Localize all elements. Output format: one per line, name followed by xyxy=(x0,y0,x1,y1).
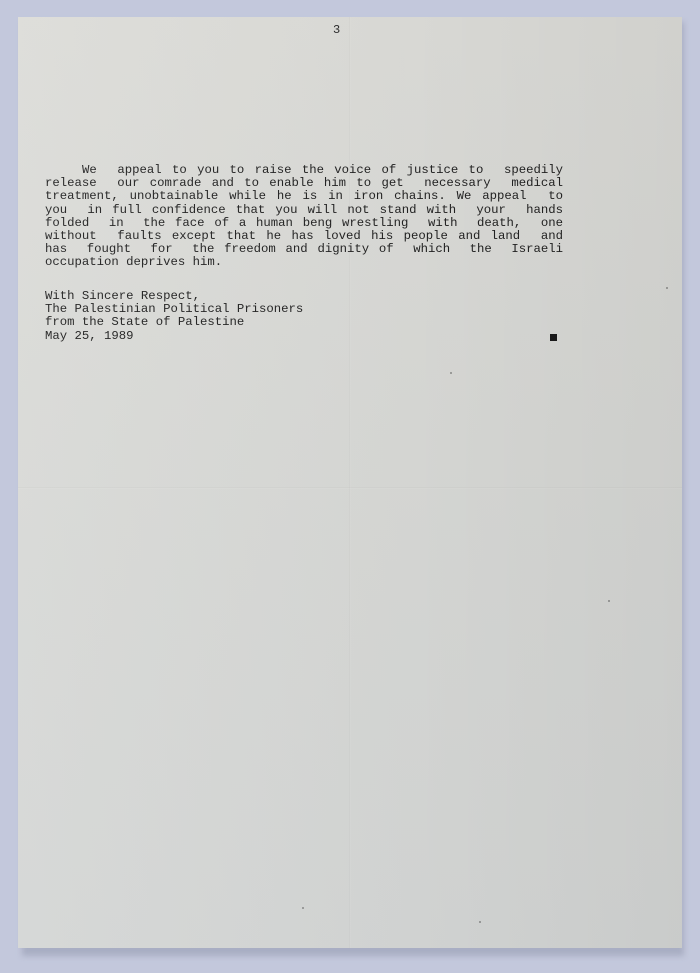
letter-page: 3 We appeal to you to raise the voice of… xyxy=(18,17,682,948)
letter-date: May 25, 1989 xyxy=(45,330,303,343)
paper-speck xyxy=(479,921,481,923)
body-line: occupation deprives him. xyxy=(45,256,563,269)
vertical-fold-line xyxy=(349,17,351,948)
end-mark-square-icon xyxy=(550,334,557,341)
signature-block: With Sincere Respect, The Palestinian Po… xyxy=(45,290,303,343)
signatory-origin: from the State of Palestine xyxy=(45,316,303,329)
page-number: 3 xyxy=(333,23,340,37)
paper-speck xyxy=(302,907,304,909)
paper-speck xyxy=(608,600,610,602)
letter-body-paragraph: We appeal to you to raise the voice of j… xyxy=(45,164,563,270)
body-line: you in full confidence that you will not… xyxy=(45,204,563,217)
paper-speck xyxy=(666,287,668,289)
paper-speck xyxy=(450,372,452,374)
body-line: treatment, unobtainable while he is in i… xyxy=(45,190,563,203)
